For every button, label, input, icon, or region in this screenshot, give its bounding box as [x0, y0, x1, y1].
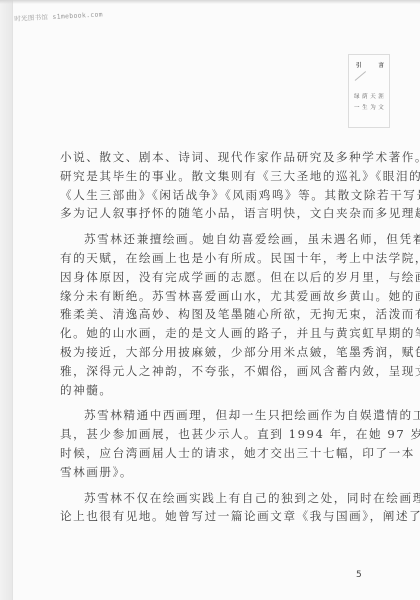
text-line: 雅，深得元人之神韵，不夸张，不媚俗，画风含蓄内敛，呈现文人画 [60, 362, 384, 381]
chapter-label-char-2: 言 [378, 61, 384, 69]
text-line: 多为记人叙事抒怀的随笔小品，语言明快，文白夹杂而多见理趣。 [60, 204, 384, 223]
text-line: 论上也很有见地。她曾写过一篇论画文章《我与国画》，阐述了她 [60, 507, 384, 526]
page-top-shadow [0, 0, 420, 4]
text-line: 《人生三部曲》《闲话战争》《风雨鸡鸣》等。其散文除若干写景外， [60, 186, 384, 205]
text-line: 因身体原因，没有完成学画的志愿。但在以后的岁月里，与绘画的 [60, 268, 384, 287]
chapter-title-line-1: 绿荫天涯 [354, 92, 386, 103]
page-number: 5 [356, 570, 362, 580]
text-line: 的神髓。 [60, 381, 384, 400]
body-text: 小说、散文、剧本、诗词、现代作家作品研究及多种学术著作。居赋研究是其毕生的事业。… [60, 148, 384, 526]
paragraph-gap [60, 482, 384, 489]
text-line: 苏雪林不仅在绘画实践上有自己的独到之处，同时在绘画理 [60, 489, 384, 508]
chapter-title: 绿荫天涯 一生为文 [354, 92, 386, 114]
chapter-title-line-2: 一生为文 [354, 103, 386, 114]
chapter-label-char-1: 引 [356, 61, 362, 69]
text-line: 雅柔美、清逸高妙、构图及笔墨随心所欲，无拘无束，活泼而有变 [60, 305, 384, 324]
text-line: 小说、散文、剧本、诗词、现代作家作品研究及多种学术著作。居赋 [60, 148, 384, 167]
text-line: 雪林画册》。 [60, 463, 384, 482]
paragraph-gap [60, 223, 384, 230]
text-line: 时候，应台湾画届人士的请求，她才交出三十七幅，印了一本《苏 [60, 444, 384, 463]
text-line: 极为接近，大部分用披麻皴，少部分用米点皴，笔墨秀润，赋色淡 [60, 343, 384, 362]
text-line: 研究是其毕生的事业。散文集则有《三大圣地的巡礼》《眼泪的海》 [60, 167, 384, 186]
text-line: 具，甚少参加画展，也甚少示人。直到 1994 年，在她 97 岁高龄的 [60, 425, 384, 444]
text-line: 化。她的山水画，走的是文人画的路子，并且与黄宾虹早期的笔法 [60, 324, 384, 343]
paragraph-gap [60, 399, 384, 406]
text-line: 苏雪林还兼擅绘画。她自幼喜爱绘画，虽未遇名师，但凭着特 [60, 230, 384, 249]
chapter-label: 引 言 [356, 61, 384, 69]
text-line: 缘分未有断绝。苏雪林喜爱画山水，尤其爱画故乡黄山。她的画淡 [60, 287, 384, 306]
text-line: 苏雪林精通中西画理，但却一生只把绘画作为自娱遣情的工 [60, 406, 384, 425]
book-gutter [0, 0, 12, 600]
text-line: 有的天赋，在绘画上也是小有所成。民国十年，考上中法学院，却 [60, 249, 384, 268]
